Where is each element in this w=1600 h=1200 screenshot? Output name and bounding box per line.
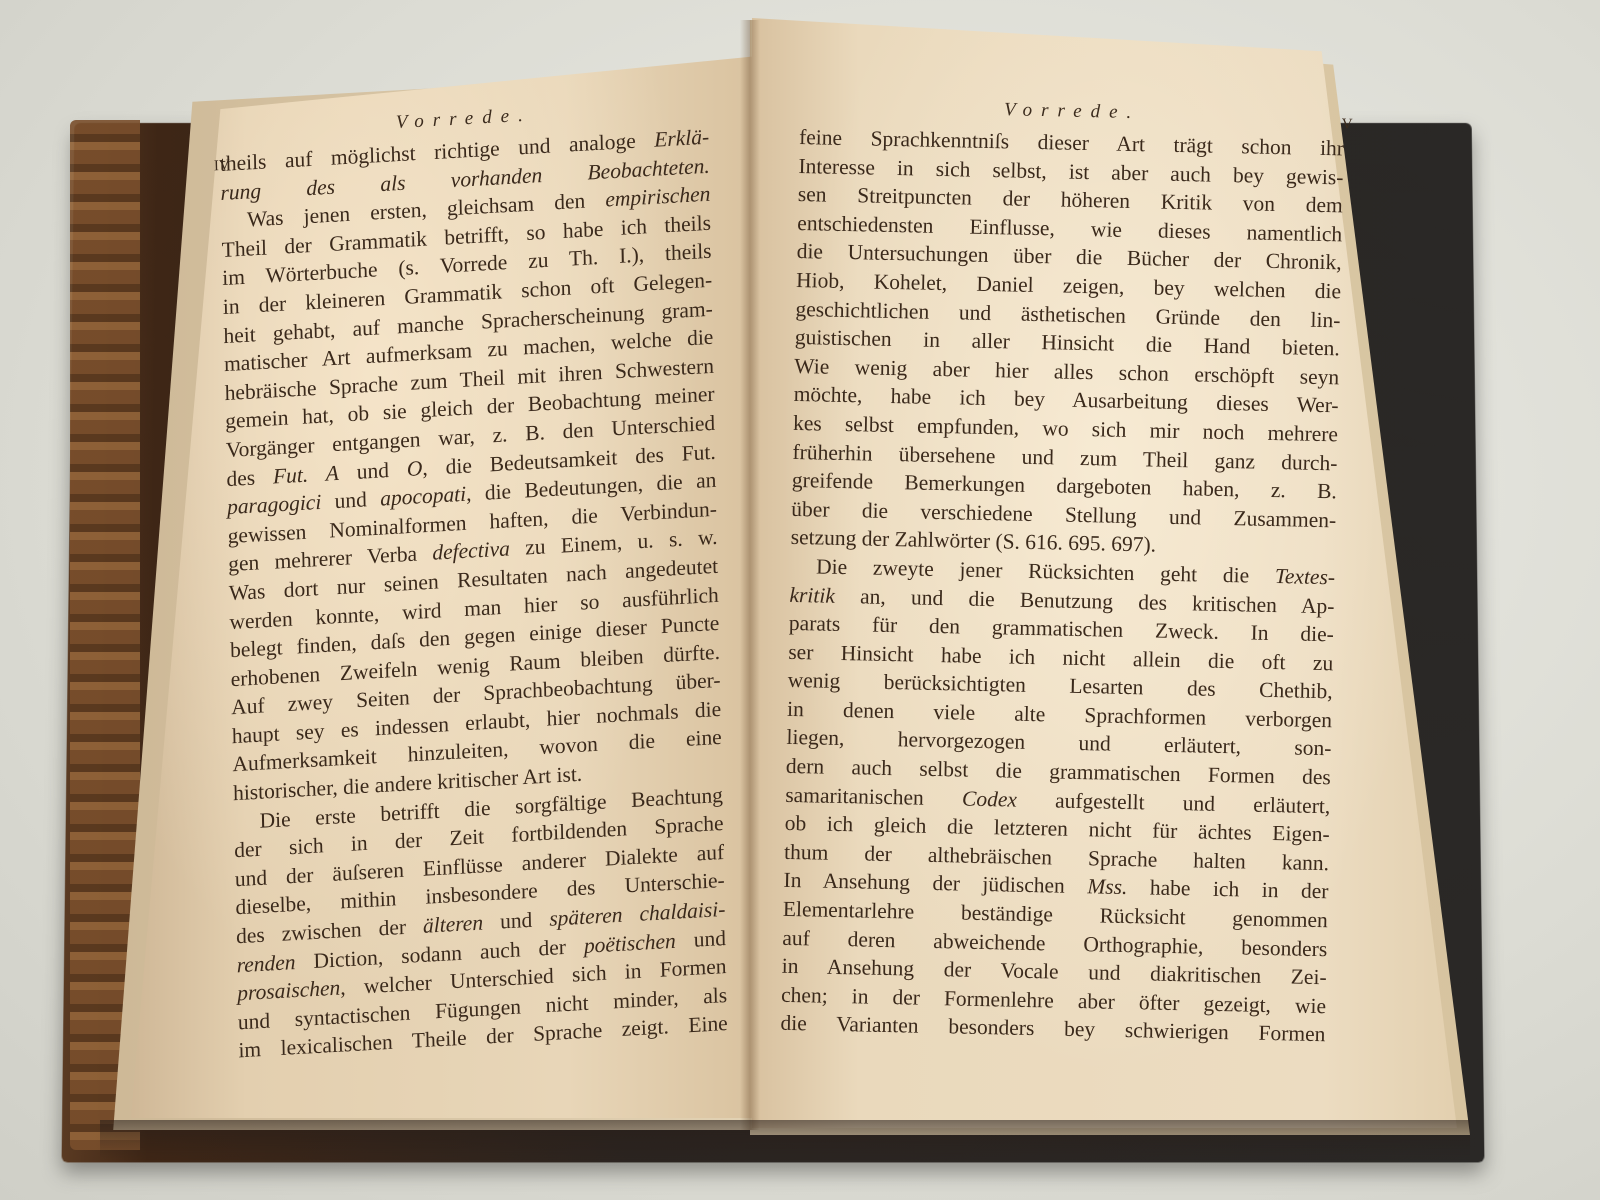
book-bottom-shadow — [100, 1120, 1470, 1160]
right-page-text: Vorrede. V feine Sprachkenntniſs dieser … — [780, 95, 1345, 1049]
left-page-lines: theils auf möglichst richtige und analog… — [220, 123, 728, 1066]
right-page-lines: feine Sprachkenntniſs dieser Art trägt s… — [780, 123, 1344, 1049]
right-page-number: V — [1341, 116, 1352, 133]
left-page-number: IV — [214, 157, 230, 175]
left-page-text: Vorrede. IV theils auf möglichst richtig… — [219, 95, 728, 1066]
book-gutter — [740, 20, 760, 1130]
